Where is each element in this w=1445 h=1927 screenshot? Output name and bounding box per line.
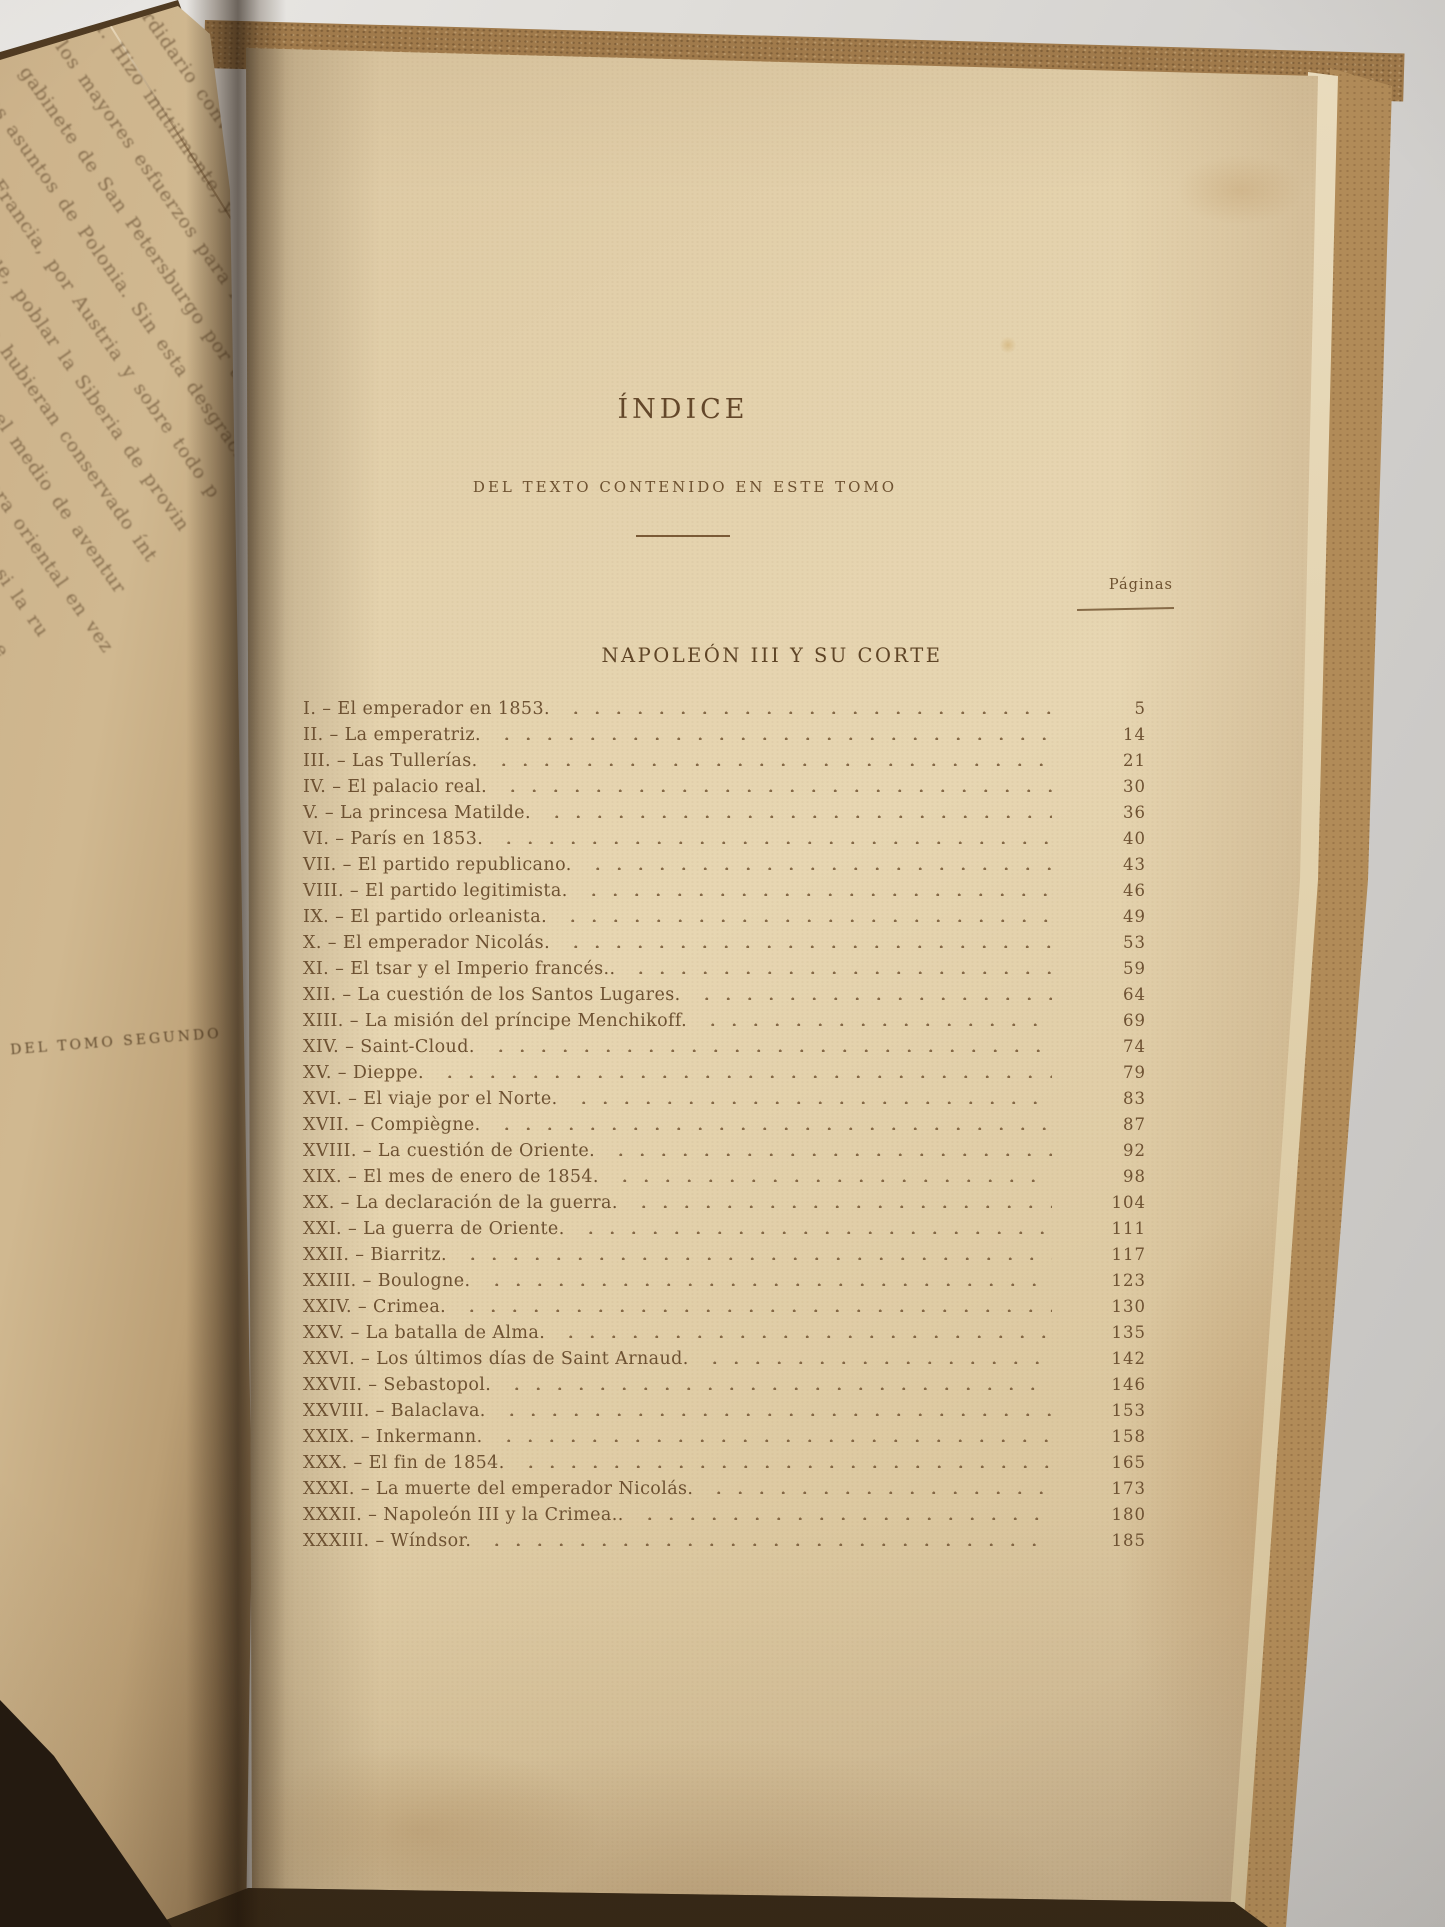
dot-leader [567,1100,1052,1104]
dot-leader [556,918,1052,922]
toc-entry-page-number: 135 [1086,1323,1146,1342]
dot-leader [554,1334,1052,1338]
toc-entry-label: XII. – La cuestión de los Santos Lugares… [303,985,681,1005]
toc-entry-page-number: 43 [1086,855,1146,874]
toc-entry-label: XVII. – Compiègne. [303,1115,481,1135]
dot-leader [604,1152,1052,1156]
toc-entry-page-number: 130 [1086,1297,1146,1316]
toc-entry: XXIV. – Crimea. 130 [303,1297,1146,1323]
dot-leader [487,762,1052,766]
dot-leader [480,1282,1053,1286]
toc-entry-label: XXIV. – Crimea. [303,1297,446,1317]
left-page: perdidario convencido de la alianza ruII… [0,0,256,1927]
toc-entry-label: XXII. – Biarritz. [303,1245,447,1265]
dot-leader [702,1490,1052,1494]
toc-entry-label: XXX. – El fin de 1854. [303,1453,505,1473]
toc-entry-label: VIII. – El partido legitimista. [303,881,568,901]
toc-entry: XIII. – La misión del príncipe Menchikof… [303,1011,1146,1037]
toc-entry-label: XI. – El tsar y el Imperio francés.. [303,959,615,979]
toc-entry: III. – Las Tullerías. 21 [303,751,1146,777]
dot-leader [484,1048,1052,1052]
toc-entry: XXXII. – Napoleón III y la Crimea.. 180 [303,1505,1146,1531]
toc-entry-page-number: 180 [1086,1505,1146,1524]
toc-entry: XXXI. – La muerte del emperador Nicolás.… [303,1479,1146,1505]
toc-entry-page-number: 98 [1086,1167,1146,1186]
toc-entry-label: XXXI. – La muerte del emperador Nicolás. [303,1479,693,1499]
toc-entry-label: XXI. – La guerra de Oriente. [303,1219,565,1239]
toc-entry: IV. – El palacio real. 30 [303,777,1146,803]
toc-entry-page-number: 123 [1086,1271,1146,1290]
dot-leader [540,814,1052,818]
toc-entry-page-number: 117 [1086,1245,1146,1264]
toc-entry-label: X. – El emperador Nicolás. [303,933,550,953]
toc-entry-label: V. – La princesa Matilde. [303,803,531,823]
toc-entry-page-number: 146 [1086,1375,1146,1394]
toc-entry: XXXIII. – Wíndsor. 185 [303,1531,1146,1557]
toc-entry-page-number: 36 [1086,803,1146,822]
toc-entry-page-number: 40 [1086,829,1146,848]
dot-leader [633,1516,1052,1520]
toc-entry-label: IV. – El palacio real. [303,777,487,797]
toc-entry-label: XXXIII. – Wíndsor. [303,1531,471,1551]
toc-entry-label: VI. – París en 1853. [303,829,483,849]
toc-entry: X. – El emperador Nicolás. 53 [303,933,1146,959]
toc-entry: XIV. – Saint-Cloud. 74 [303,1037,1146,1063]
toc-entry-page-number: 165 [1086,1453,1146,1472]
toc-entry-page-number: 142 [1086,1349,1146,1368]
dot-leader [514,1464,1052,1468]
dot-leader [495,1412,1052,1416]
toc-entry-label: XXIX. – Inkermann. [303,1427,483,1447]
toc-entry-page-number: 46 [1086,881,1146,900]
dot-leader [492,840,1052,844]
dot-leader [696,1022,1052,1026]
toc-entry-page-number: 30 [1086,777,1146,796]
toc-entry-label: XVIII. – La cuestión de Oriente. [303,1141,595,1161]
dot-leader [559,944,1052,948]
dot-leader [690,996,1052,1000]
toc-entry: XVI. – El viaje por el Norte. 83 [303,1089,1146,1115]
toc-entry: XXIII. – Boulogne. 123 [303,1271,1146,1297]
toc-entry: II. – La emperatriz. 14 [303,725,1146,751]
toc-entry-label: III. – Las Tullerías. [303,751,478,771]
toc-entry-label: XIII. – La misión del príncipe Menchikof… [303,1011,687,1031]
toc-entry-page-number: 14 [1086,725,1146,744]
toc-entry: XI. – El tsar y el Imperio francés.. 59 [303,959,1146,985]
toc-entry-page-number: 53 [1086,933,1146,952]
dot-leader [455,1308,1052,1312]
dot-leader [581,866,1052,870]
toc-entry: VII. – El partido republicano. 43 [303,855,1146,881]
toc-entry: XX. – La declaración de la guerra. 104 [303,1193,1146,1219]
toc-entry-page-number: 83 [1086,1089,1146,1108]
toc-entry-page-number: 21 [1086,751,1146,770]
toc-entry-page-number: 5 [1086,699,1146,718]
toc-entry-label: XIV. – Saint-Cloud. [303,1037,475,1057]
toc-entry: XXVIII. – Balaclava. 153 [303,1401,1146,1427]
toc-entry-label: XXXII. – Napoleón III y la Crimea.. [303,1505,624,1525]
toc-entry-page-number: 87 [1086,1115,1146,1134]
toc-entry-page-number: 79 [1086,1063,1146,1082]
toc-entry-label: IX. – El partido orleanista. [303,907,547,927]
toc-list: I. – El emperador en 1853. 5 II. – La em… [303,699,1146,1557]
toc-entry: XXI. – La guerra de Oriente. 111 [303,1219,1146,1245]
toc-entry-page-number: 69 [1086,1011,1146,1030]
toc-entry-label: I. – El emperador en 1853. [303,699,550,719]
toc-entry-page-number: 153 [1086,1401,1146,1420]
dot-leader [492,1438,1052,1442]
toc-entry-page-number: 49 [1086,907,1146,926]
dot-leader [496,788,1052,792]
section-title: NAPOLEÓN III Y SU CORTE [601,644,942,667]
toc-entry-page-number: 158 [1086,1427,1146,1446]
dot-leader [500,1386,1052,1390]
dot-leader [577,892,1052,896]
toc-entry-label: XXIII. – Boulogne. [303,1271,471,1291]
toc-entry-page-number: 173 [1086,1479,1146,1498]
page-subtitle: DEL TEXTO CONTENIDO EN ESTE TOMO [473,478,897,496]
dot-leader [627,1204,1052,1208]
dot-leader [456,1256,1052,1260]
toc-entry-page-number: 104 [1086,1193,1146,1212]
toc-entry: XVII. – Compiègne. 87 [303,1115,1146,1141]
toc-entry: XXII. – Biarritz. 117 [303,1245,1146,1271]
dot-leader [490,1126,1052,1130]
toc-entry-label: XIX. – El mes de enero de 1854. [303,1167,599,1187]
toc-entry-page-number: 64 [1086,985,1146,1004]
toc-entry-page-number: 111 [1086,1219,1146,1238]
toc-entry: VIII. – El partido legitimista. 46 [303,881,1146,907]
toc-entry: V. – La princesa Matilde. 36 [303,803,1146,829]
pages-column-label: Páginas [1109,577,1173,593]
toc-entry: XVIII. – La cuestión de Oriente. 92 [303,1141,1146,1167]
toc-entry-label: XXV. – La batalla de Alma. [303,1323,545,1343]
toc-entry: I. – El emperador en 1853. 5 [303,699,1146,725]
toc-entry-page-number: 59 [1086,959,1146,978]
toc-entry: XV. – Dieppe. 79 [303,1063,1146,1089]
divider-rule [636,535,730,537]
dot-leader [433,1074,1052,1078]
toc-entry-label: XXVII. – Sebastopol. [303,1375,491,1395]
toc-entry-label: XV. – Dieppe. [303,1063,424,1083]
dot-leader [608,1178,1052,1182]
toc-entry-label: II. – La emperatriz. [303,725,481,745]
toc-entry-label: XXVI. – Los últimos días de Saint Arnaud… [303,1349,689,1369]
toc-entry: XXVI. – Los últimos días de Saint Arnaud… [303,1349,1146,1375]
toc-entry: IX. – El partido orleanista. 49 [303,907,1146,933]
toc-entry-page-number: 92 [1086,1141,1146,1160]
toc-entry: XIX. – El mes de enero de 1854. 98 [303,1167,1146,1193]
toc-entry-label: XX. – La declaración de la guerra. [303,1193,618,1213]
toc-entry: XXX. – El fin de 1854. 165 [303,1453,1146,1479]
toc-entry-page-number: 74 [1086,1037,1146,1056]
toc-entry: VI. – París en 1853. 40 [303,829,1146,855]
dot-leader [490,736,1052,740]
toc-entry-label: XVI. – El viaje por el Norte. [303,1089,558,1109]
dot-leader [559,710,1052,714]
toc-entry: XXV. – La batalla de Alma. 135 [303,1323,1146,1349]
toc-entry-page-number: 185 [1086,1531,1146,1550]
toc-entry: XII. – La cuestión de los Santos Lugares… [303,985,1146,1011]
book-photo-scene: perdidario convencido de la alianza ruII… [0,0,1445,1927]
toc-entry: XXVII. – Sebastopol. 146 [303,1375,1146,1401]
dot-leader [624,970,1052,974]
dot-leader [574,1230,1052,1234]
toc-entry: XXIX. – Inkermann. 158 [303,1427,1146,1453]
toc-entry-label: XXVIII. – Balaclava. [303,1401,486,1421]
dot-leader [480,1542,1052,1546]
page-title: ÍNDICE [618,394,749,425]
toc-entry-label: VII. – El partido republicano. [303,855,572,875]
dot-leader [698,1360,1052,1364]
